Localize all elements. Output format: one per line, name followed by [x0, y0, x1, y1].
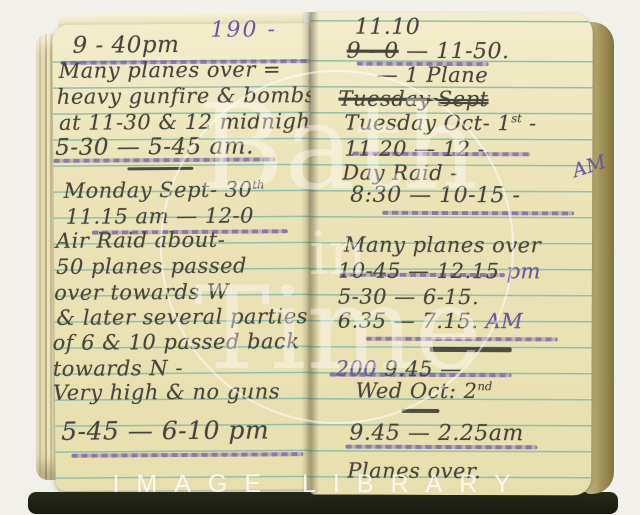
- handwriting-line: 11.20 — 12 -: [344, 137, 485, 161]
- handwriting-segment: Wed Oct: 2: [355, 379, 477, 403]
- handwriting-line: 50 planes passed: [56, 254, 247, 279]
- handwriting-segment: 9 - 0: [347, 39, 399, 64]
- handwriting-segment: over towards W: [54, 280, 229, 305]
- underline-mark: [127, 167, 193, 170]
- handwriting-segment: 9 - 40pm: [72, 32, 179, 59]
- handwriting-segment: 9.45 —: [384, 357, 462, 381]
- handwriting-segment: 50 planes passed: [56, 254, 247, 279]
- book-gutter: [301, 12, 319, 494]
- underline-mark: [366, 337, 558, 342]
- handwriting-segment: 11-50.: [436, 39, 510, 64]
- handwriting-line: 10-45 — 12.15 pm: [338, 259, 541, 284]
- handwriting-segment: 5-30 — 5-45 am.: [55, 133, 254, 160]
- handwriting-line: Tuesday Sept: [338, 87, 488, 112]
- book-bottom-edge: [28, 492, 618, 514]
- handwriting-segment: & later several parties: [56, 304, 308, 330]
- handwriting-segment: 11.20 — 12 -: [344, 137, 485, 161]
- handwriting-line: Many planes over =: [59, 57, 282, 83]
- notebook-photo: 190 - 9 - 40pmMany planes over =heavy gu…: [0, 0, 640, 515]
- handwriting-segment: towards N -: [53, 356, 183, 381]
- handwriting-line: heavy gunfire & bombs: [57, 83, 316, 109]
- handwriting-segment: Tuesday: [338, 87, 437, 111]
- handwriting-segment: AM: [485, 309, 523, 333]
- handwriting-segment: heavy gunfire & bombs: [57, 83, 316, 109]
- page-number: 190 -: [210, 17, 277, 42]
- handwriting-segment: Monday Sept- 30: [63, 178, 252, 203]
- handwriting-line: 9 - 40pm: [72, 32, 179, 59]
- handwriting-segment: 200: [336, 357, 385, 381]
- handwriting-segment: Planes over.: [347, 459, 481, 483]
- handwriting-line: 11.15 am — 12-0: [66, 203, 254, 228]
- underline-mark: [401, 409, 439, 413]
- handwriting-segment: -: [522, 111, 537, 135]
- handwriting-line: Air Raid about-: [56, 228, 226, 253]
- handwriting-segment: 6.35 — 7.15.: [338, 309, 486, 334]
- handwriting-line: & later several parties: [56, 304, 308, 330]
- handwriting-line: towards N -: [53, 356, 183, 381]
- handwriting-segment: —: [399, 39, 437, 64]
- handwriting-line: 5-45 — 6-10 pm: [61, 415, 269, 445]
- handwriting-line: 9.45 — 2.25am: [349, 421, 524, 447]
- handwriting-line: 11.10: [355, 15, 421, 40]
- handwriting-line: Many planes over: [344, 233, 541, 258]
- handwriting-segment: Tuesday Oct- 1: [344, 111, 511, 136]
- handwriting-segment: at 11-30 & 12 midnight: [59, 109, 320, 135]
- handwriting-line: — 1 Plane: [377, 63, 489, 87]
- handwriting-line: 5-30 — 6-15.: [338, 285, 479, 309]
- handwriting-line: Wed Oct: 2nd: [355, 379, 492, 403]
- handwriting-line: 9 - 0 — 11-50.: [347, 39, 510, 65]
- handwriting-segment: 10-45 — 12.15: [338, 259, 507, 284]
- handwriting-segment: pm: [507, 259, 541, 283]
- notebook-page-left: 190 - 9 - 40pmMany planes over =heavy gu…: [52, 23, 311, 491]
- handwriting-segment: — 1 Plane: [377, 63, 489, 87]
- handwriting-line: at 11-30 & 12 midnight: [59, 109, 320, 135]
- handwriting-segment: st: [511, 111, 522, 125]
- underline-mark: [430, 347, 512, 352]
- handwriting-segment: 11.15 am — 12-0: [66, 203, 254, 228]
- handwriting-line: Very high & no guns: [53, 379, 280, 405]
- underline-mark: [382, 211, 574, 216]
- handwriting-segment: of 6 & 10 passed back: [53, 329, 300, 355]
- handwriting-line: 5-30 — 5-45 am.: [55, 133, 254, 160]
- handwriting-segment: Very high & no guns: [53, 379, 280, 405]
- handwriting-line: of 6 & 10 passed back: [53, 329, 300, 355]
- handwriting-segment: Sept: [438, 87, 489, 111]
- handwriting-segment: Air Raid about-: [56, 228, 226, 253]
- handwriting-segment: 11.10: [355, 15, 421, 40]
- notebook-page-right: 11.109 - 0 — 11-50.— 1 PlaneTuesday Sept…: [309, 13, 593, 496]
- handwriting-segment: Many planes over =: [59, 57, 282, 83]
- handwriting-line: 6.35 — 7.15. AM: [338, 309, 523, 334]
- handwriting-line: Monday Sept- 30th: [63, 177, 264, 202]
- handwriting-segment: 5-30 — 6-15.: [338, 285, 479, 309]
- handwriting-segment: 8:30 — 10-15 -: [350, 183, 520, 209]
- handwriting-segment: 9.45 — 2.25am: [349, 421, 524, 447]
- handwriting-line: Tuesday Oct- 1st -: [344, 111, 536, 136]
- handwriting-line: Day Raid -: [342, 161, 458, 185]
- handwriting-line: Planes over.: [347, 459, 481, 483]
- underline-mark: [71, 452, 303, 458]
- handwriting-line: 200 9.45 —: [336, 357, 462, 381]
- handwriting-segment: nd: [477, 379, 492, 393]
- handwriting-segment: 5-45 — 6-10 pm: [61, 415, 269, 445]
- handwriting-segment: Day Raid -: [342, 161, 458, 185]
- handwriting-line: 8:30 — 10-15 -: [350, 183, 520, 209]
- handwriting-line: over towards W: [54, 280, 229, 305]
- handwriting-segment: Many planes over: [344, 233, 541, 258]
- handwriting-segment: th: [252, 177, 264, 191]
